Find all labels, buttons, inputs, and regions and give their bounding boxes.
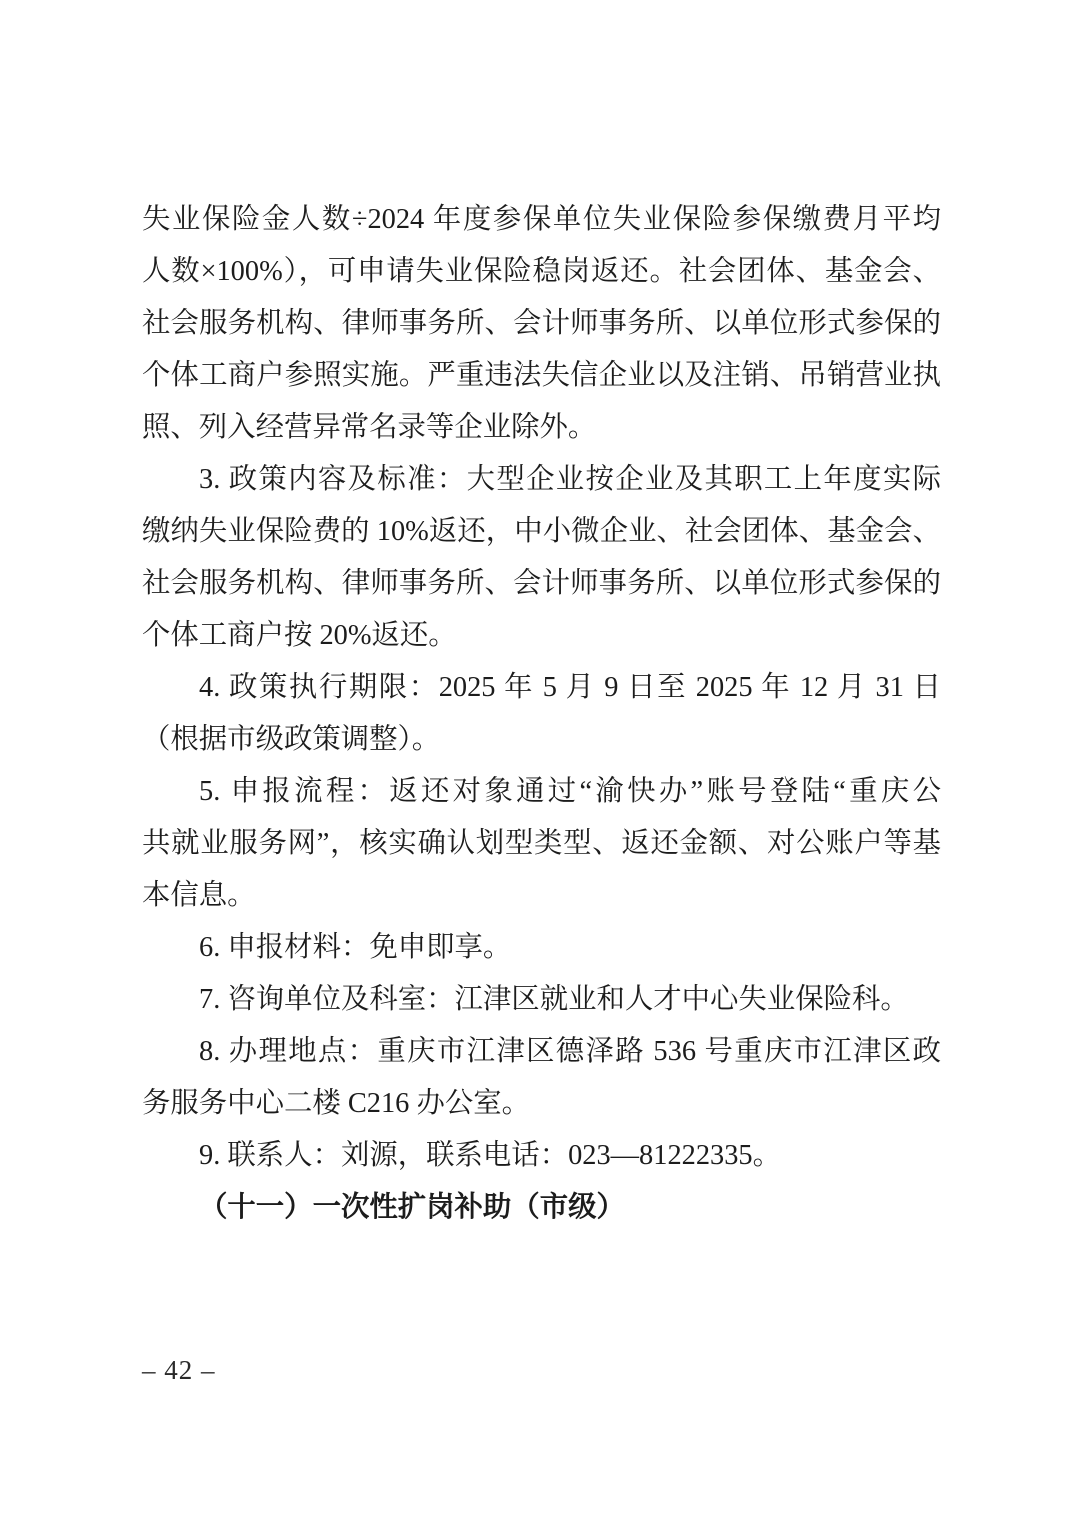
paragraph: 6. 申报材料：免申即享。 xyxy=(142,922,941,974)
paragraph: 9. 联系人：刘源，联系电话：023—81222335。 xyxy=(142,1130,941,1182)
text-line: 个体工商户按 20%返还。 xyxy=(142,610,941,662)
text-line: 5. 申报流程：返还对象通过“渝快办”账号登陆“重庆公 xyxy=(142,766,941,818)
text-line: 6. 申报材料：免申即享。 xyxy=(142,922,941,974)
text-line: 本信息。 xyxy=(142,870,941,922)
text-line: 务服务中心二楼 C216 办公室。 xyxy=(142,1078,941,1130)
paragraph: 失业保险金人数÷2024 年度参保单位失业保险参保缴费月平均人数×100%），可… xyxy=(142,194,941,454)
text-line: 个体工商户参照实施。严重违法失信企业以及注销、吊销营业执 xyxy=(142,350,941,402)
text-line: 缴纳失业保险费的 10%返还，中小微企业、社会团体、基金会、 xyxy=(142,506,941,558)
text-line: 4. 政策执行期限：2025 年 5 月 9 日至 2025 年 12 月 31… xyxy=(142,662,941,714)
paragraph: 4. 政策执行期限：2025 年 5 月 9 日至 2025 年 12 月 31… xyxy=(142,662,941,766)
paragraph: 8. 办理地点：重庆市江津区德泽路 536 号重庆市江津区政务服务中心二楼 C2… xyxy=(142,1026,941,1130)
section-heading: （十一）一次性扩岗补助（市级） xyxy=(142,1182,941,1234)
paragraph: 3. 政策内容及标准：大型企业按企业及其职工上年度实际缴纳失业保险费的 10%返… xyxy=(142,454,941,662)
text-line: 9. 联系人：刘源，联系电话：023—81222335。 xyxy=(142,1130,941,1182)
page-number: – 42 – xyxy=(142,1352,216,1388)
text-line: 社会服务机构、律师事务所、会计师事务所、以单位形式参保的 xyxy=(142,298,941,350)
text-line: 3. 政策内容及标准：大型企业按企业及其职工上年度实际 xyxy=(142,454,941,506)
text-line: （十一）一次性扩岗补助（市级） xyxy=(142,1182,941,1234)
paragraph: 5. 申报流程：返还对象通过“渝快办”账号登陆“重庆公共就业服务网”，核实确认划… xyxy=(142,766,941,922)
text-line: 人数×100%），可申请失业保险稳岗返还。社会团体、基金会、 xyxy=(142,246,941,298)
text-line: 共就业服务网”，核实确认划型类型、返还金额、对公账户等基 xyxy=(142,818,941,870)
text-line: 照、列入经营异常名录等企业除外。 xyxy=(142,402,941,454)
document-page: 失业保险金人数÷2024 年度参保单位失业保险参保缴费月平均人数×100%），可… xyxy=(0,0,1074,1520)
document-body: 失业保险金人数÷2024 年度参保单位失业保险参保缴费月平均人数×100%），可… xyxy=(142,194,941,1234)
text-line: 7. 咨询单位及科室：江津区就业和人才中心失业保险科。 xyxy=(142,974,941,1026)
text-line: （根据市级政策调整）。 xyxy=(142,714,941,766)
text-line: 社会服务机构、律师事务所、会计师事务所、以单位形式参保的 xyxy=(142,558,941,610)
paragraph: 7. 咨询单位及科室：江津区就业和人才中心失业保险科。 xyxy=(142,974,941,1026)
text-line: 8. 办理地点：重庆市江津区德泽路 536 号重庆市江津区政 xyxy=(142,1026,941,1078)
text-line: 失业保险金人数÷2024 年度参保单位失业保险参保缴费月平均 xyxy=(142,194,941,246)
